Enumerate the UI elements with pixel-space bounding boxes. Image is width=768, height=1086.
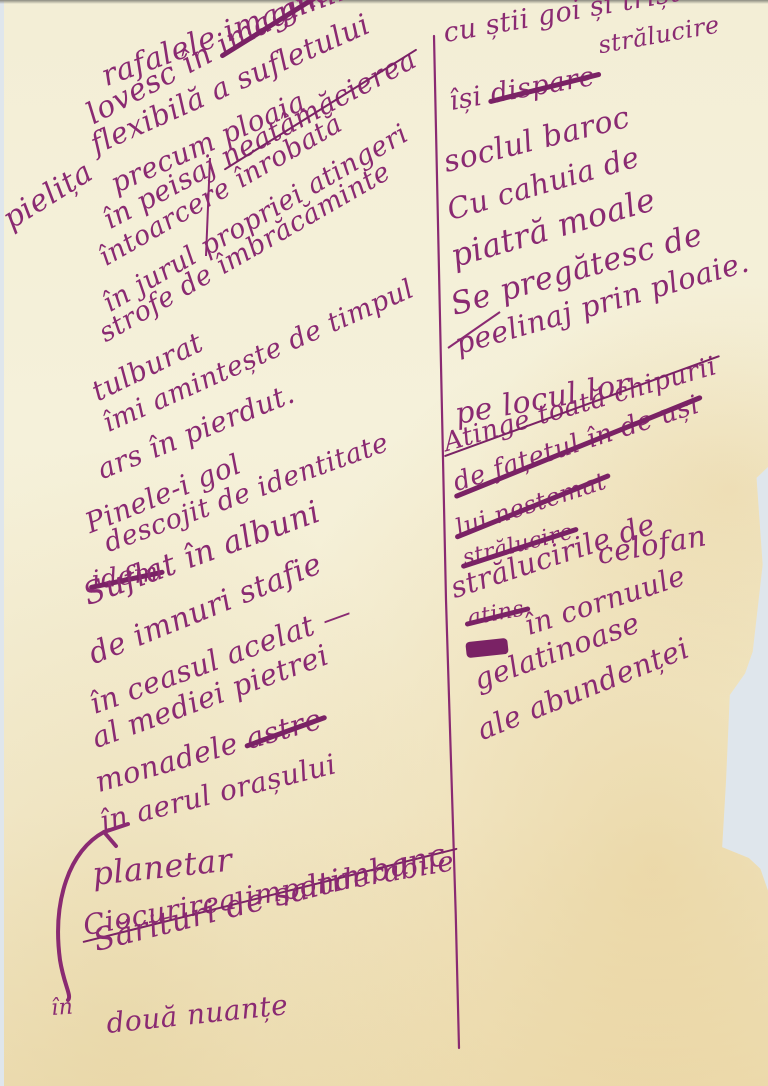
line-text: își [447, 81, 485, 117]
handwritten-line: în [50, 997, 74, 1020]
